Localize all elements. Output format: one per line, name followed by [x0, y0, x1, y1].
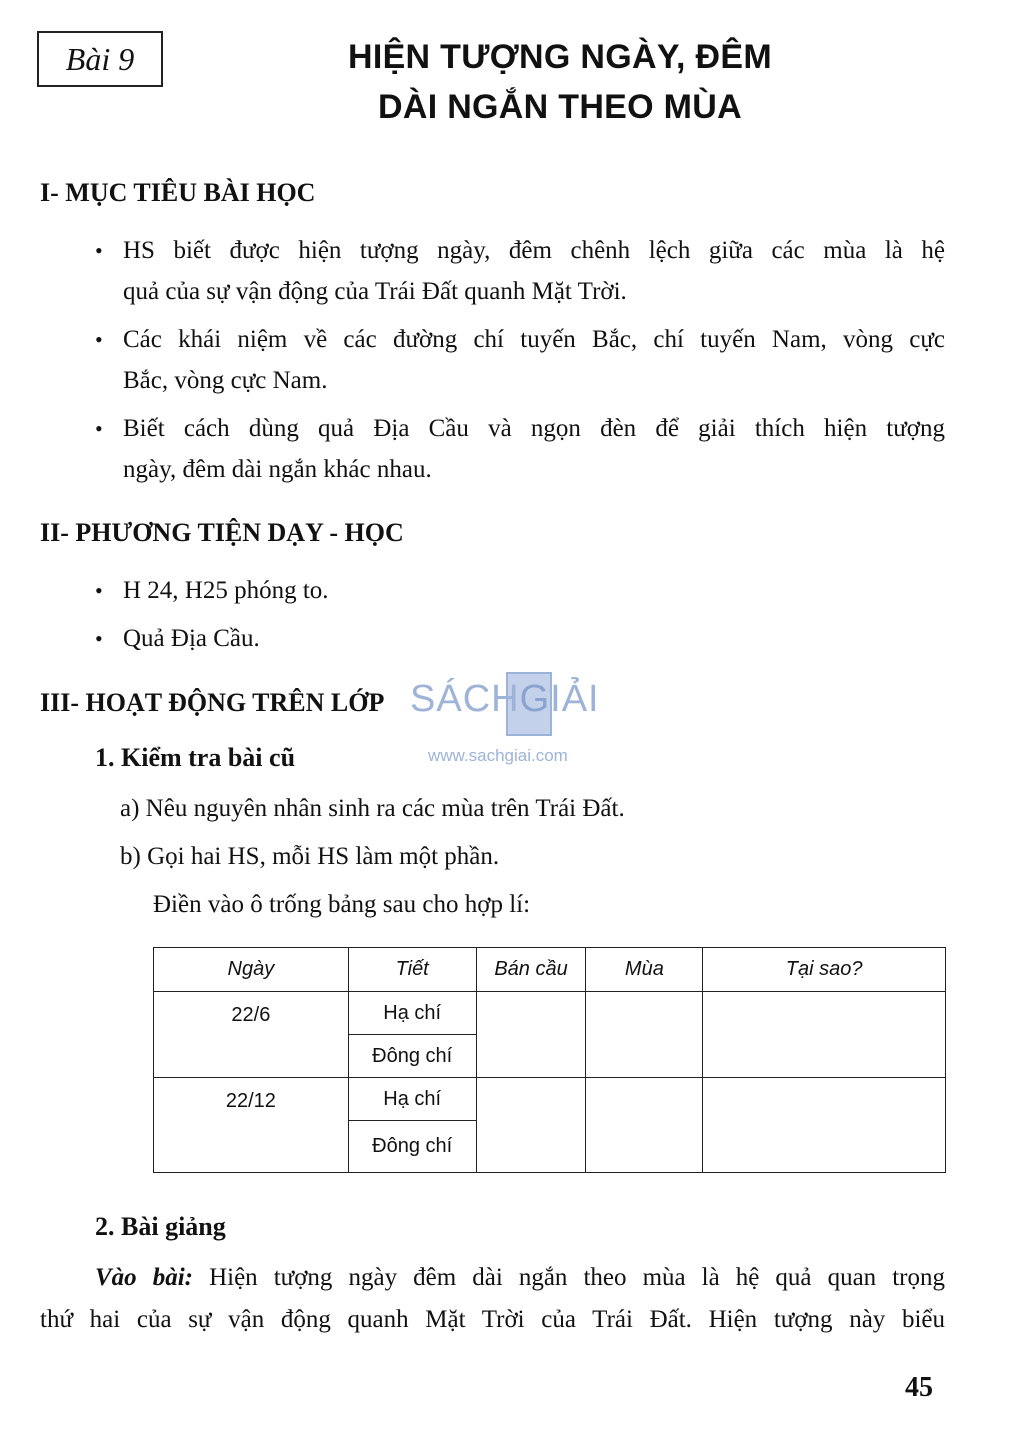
cell-term: Hạ chí [348, 1078, 476, 1121]
table-header-row: Ngày Tiết Bán cầu Mùa Tại sao? [154, 948, 946, 992]
header-date: Ngày [154, 948, 349, 992]
cell-why-blank[interactable] [703, 992, 946, 1078]
material-text: H 24, H25 phóng to. [123, 570, 945, 611]
header-season: Mùa [586, 948, 703, 992]
page-title-line-1: HIỆN TƯỢNG NGÀY, ĐÊM [280, 38, 840, 77]
objective-item: • Biết cách dùng quả Địa Cầu và ngọn đèn… [95, 408, 945, 490]
watermark-url: www.sachgiai.com [428, 746, 568, 766]
table-row: 22/12 Hạ chí [154, 1078, 946, 1121]
bullet-icon: • [95, 319, 123, 401]
review-question-b: b) Gọi hai HS, mỗi HS làm một phần. [120, 836, 499, 877]
objective-item: • Các khái niệm về các đường chí tuyến B… [95, 319, 945, 401]
cell-date: 22/12 [154, 1078, 349, 1173]
section-heading-objectives: I- MỤC TIÊU BÀI HỌC [40, 178, 315, 208]
table-row: 22/6 Hạ chí [154, 992, 946, 1035]
bullet-icon: • [95, 408, 123, 490]
objective-item: • HS biết được hiện tượng ngày, đêm chên… [95, 230, 945, 312]
cell-date: 22/6 [154, 992, 349, 1078]
intro-paragraph-line1: Vào bài: Hiện tượng ngày đêm dài ngắn th… [95, 1257, 945, 1298]
page-number: 45 [905, 1372, 933, 1404]
review-question-a: a) Nêu nguyên nhân sinh ra các mùa trên … [120, 788, 625, 829]
subsection-heading-review: 1. Kiểm tra bài cũ [95, 743, 295, 773]
header-why: Tại sao? [703, 948, 946, 992]
objective-text-line1: HS biết được hiện tượng ngày, đêm chênh … [123, 230, 945, 271]
material-item: • H 24, H25 phóng to. [95, 570, 945, 611]
lesson-number-box: Bài 9 [37, 31, 163, 87]
cell-hemisphere-blank[interactable] [476, 992, 586, 1078]
lesson-number: Bài 9 [66, 41, 134, 78]
watermark-brand: SÁCHGIẢI [410, 678, 600, 721]
intro-paragraph-line2: thứ hai của sự vận động quanh Mặt Trời c… [40, 1299, 945, 1340]
page-title-line-2: DÀI NGẮN THEO MÙA [280, 88, 840, 127]
cell-season-blank[interactable] [586, 992, 703, 1078]
cell-hemisphere-blank[interactable] [476, 1078, 586, 1173]
bullet-icon: • [95, 570, 123, 611]
bullet-icon: • [95, 230, 123, 312]
subsection-heading-lecture: 2. Bài giảng [95, 1212, 226, 1242]
cell-why-blank[interactable] [703, 1078, 946, 1173]
seasons-table: Ngày Tiết Bán cầu Mùa Tại sao? 22/6 Hạ c… [153, 947, 946, 1173]
objective-text-line2: Bắc, vòng cực Nam. [123, 360, 945, 401]
objective-text-line1: Các khái niệm về các đường chí tuyến Bắc… [123, 319, 945, 360]
cell-term: Hạ chí [348, 992, 476, 1035]
cell-term: Đông chí [348, 1035, 476, 1078]
objective-text-line2: ngày, đêm dài ngắn khác nhau. [123, 449, 945, 490]
table-instruction: Điền vào ô trống bảng sau cho hợp lí: [153, 884, 530, 925]
material-text: Quả Địa Cầu. [123, 618, 945, 659]
watermark: SÁCHGIẢI www.sachgiai.com [410, 670, 620, 770]
objective-text-line1: Biết cách dùng quả Địa Cầu và ngọn đèn đ… [123, 408, 945, 449]
material-item: • Quả Địa Cầu. [95, 618, 945, 659]
header-term: Tiết [348, 948, 476, 992]
cell-term: Đông chí [348, 1121, 476, 1173]
bullet-icon: • [95, 618, 123, 659]
intro-text: Hiện tượng ngày đêm dài ngắn theo mùa là… [193, 1264, 945, 1291]
objective-text-line2: quả của sự vận động của Trái Đất quanh M… [123, 271, 945, 312]
section-heading-activities: III- HOẠT ĐỘNG TRÊN LỚP [40, 688, 384, 718]
intro-label: Vào bài: [95, 1264, 193, 1291]
header-hemisphere: Bán cầu [476, 948, 586, 992]
cell-season-blank[interactable] [586, 1078, 703, 1173]
section-heading-materials: II- PHƯƠNG TIỆN DẠY - HỌC [40, 518, 404, 548]
